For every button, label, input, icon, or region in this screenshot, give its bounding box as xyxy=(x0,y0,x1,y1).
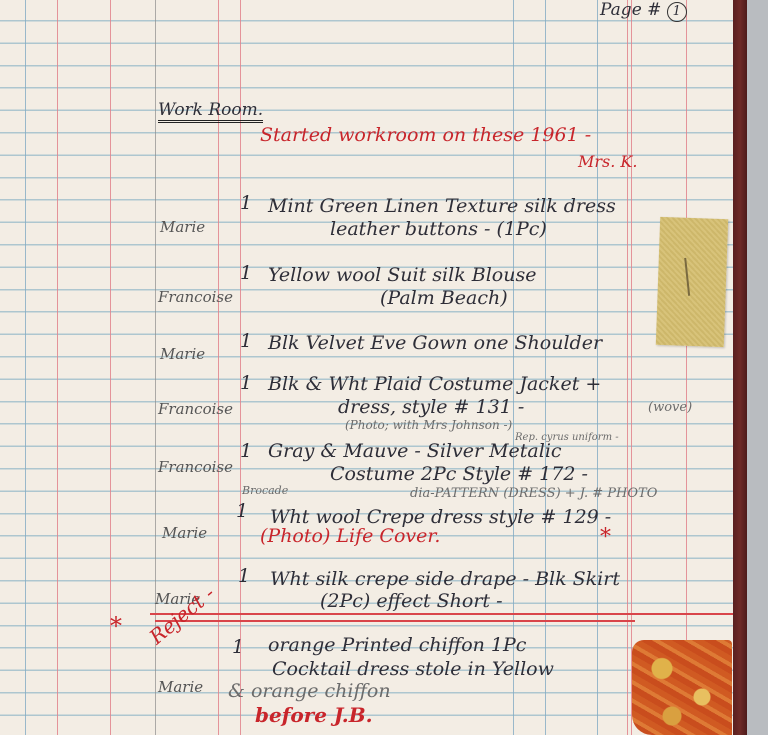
entry-qty: 1 xyxy=(240,372,252,394)
entry-annotation: dia-PATTERN (DRESS) + J. # PHOTO xyxy=(410,486,657,501)
entry-name: Francoise xyxy=(158,288,233,306)
ruling-line xyxy=(57,0,58,735)
entry-line: orange Printed chiffon 1Pc xyxy=(268,634,526,656)
entry-line: (Palm Beach) xyxy=(380,287,508,309)
entry-line: dress, style # 131 - xyxy=(338,396,524,418)
red-divider xyxy=(150,613,733,615)
entry-aside: (wove) xyxy=(648,400,692,415)
entry-qty: 1 xyxy=(240,262,252,284)
orange-chiffon-swatch xyxy=(632,640,732,735)
entry-name: Marie xyxy=(160,218,205,236)
entry-line: leather buttons - (1Pc) xyxy=(330,218,547,240)
entry-qty: 1 xyxy=(240,330,252,352)
entry-name: Marie xyxy=(162,524,207,542)
ruling-line xyxy=(597,0,598,735)
entry-name: Francoise xyxy=(158,400,233,418)
entry-qty: 1 xyxy=(240,192,252,214)
entry-line: Mint Green Linen Texture silk dress xyxy=(268,195,616,217)
entry-annotation: Brocade xyxy=(242,484,288,497)
entry-name: Francoise xyxy=(158,458,233,476)
page-number: Page # 1 xyxy=(600,0,687,22)
ruling-line xyxy=(25,0,26,735)
entry-qty: 1 xyxy=(238,565,250,587)
entry-qty: 1 xyxy=(236,500,248,522)
ruling-line xyxy=(686,0,687,735)
page-label: Page # xyxy=(600,0,661,20)
red-asterisk: * xyxy=(110,612,122,640)
red-divider xyxy=(155,620,635,622)
entry-name: Marie xyxy=(158,678,203,696)
ruling-line xyxy=(545,0,546,735)
red-note-signature: Mrs. K. xyxy=(578,152,637,171)
ruling-line xyxy=(627,0,628,735)
pin-icon xyxy=(684,258,690,296)
yellow-fabric-swatch xyxy=(656,217,728,347)
ledger-binding xyxy=(733,0,747,735)
ruling-line xyxy=(513,0,514,735)
entry-line: Cocktail dress stole in Yellow xyxy=(272,658,554,680)
entry-qty: 1 xyxy=(232,636,244,658)
entry-line: Blk & Wht Plaid Costume Jacket + xyxy=(268,373,601,395)
entry-line: Costume 2Pc Style # 172 - xyxy=(330,463,588,485)
entry-line: Gray & Mauve - Silver Metalic xyxy=(268,440,562,462)
entry-line-red: (Photo) Life Cover. xyxy=(260,525,440,547)
entry-name: Marie xyxy=(160,345,205,363)
entry-qty: 1 xyxy=(240,440,252,462)
entry-annotation: (Photo; with Mrs Johnson -) xyxy=(345,418,512,432)
red-star-mark: * xyxy=(600,525,611,550)
page-title: Work Room. xyxy=(158,100,263,123)
ruling-line xyxy=(631,0,632,735)
red-note: Started workroom on these 1961 - xyxy=(260,124,591,146)
red-note-before: before J.B. xyxy=(255,703,373,727)
entry-line: & orange chiffon xyxy=(228,680,391,702)
ledger-page: Page # 1 Work Room. Started workroom on … xyxy=(0,0,733,735)
page-number-circle: 1 xyxy=(667,2,687,22)
entry-line: Wht silk crepe side drape - Blk Skirt xyxy=(270,568,620,590)
entry-line: (2Pc) effect Short - xyxy=(320,590,503,612)
entry-line: Yellow wool Suit silk Blouse xyxy=(268,264,536,286)
entry-line: Blk Velvet Eve Gown one Shoulder xyxy=(268,332,602,354)
